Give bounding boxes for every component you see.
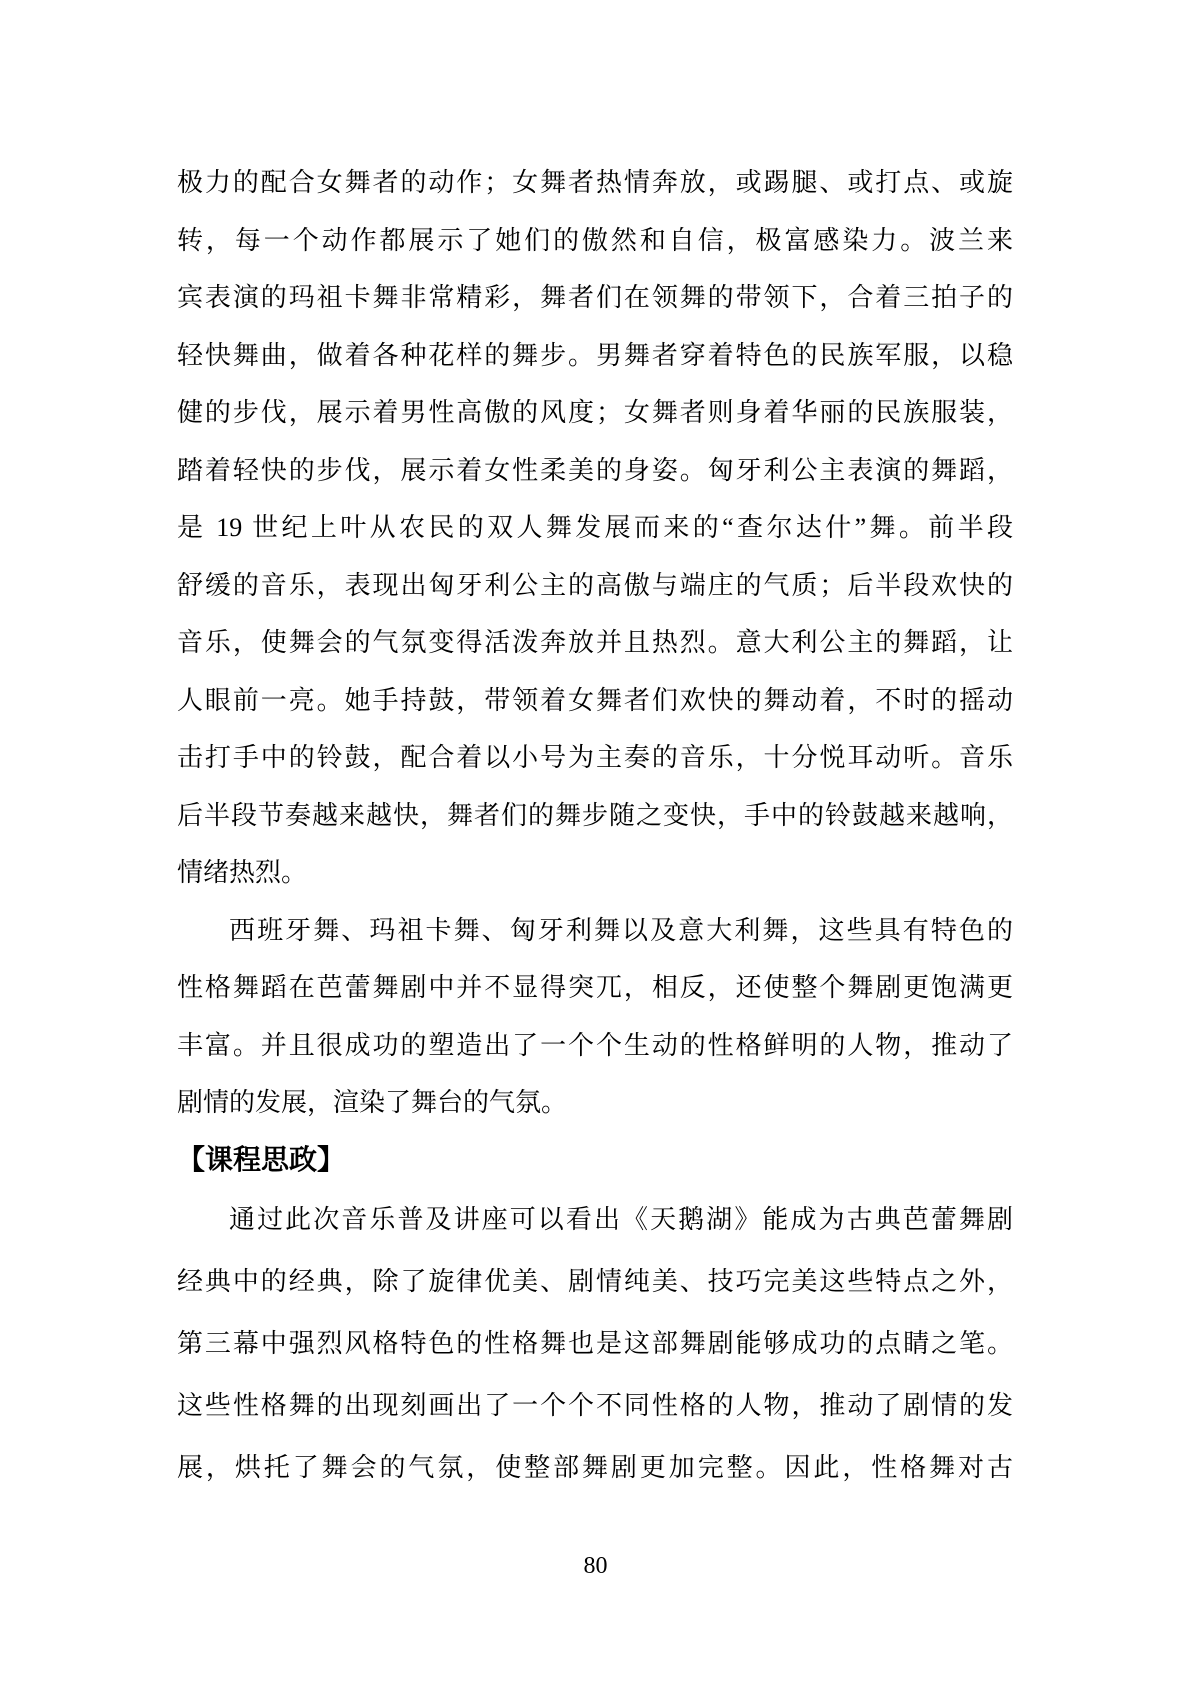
text-line: 西班牙舞、玛祖卡舞、匈牙利舞以及意大利舞，这些具有特色的 (177, 902, 1013, 960)
page-number: 80 (0, 1551, 1191, 1581)
body-paragraph: 西班牙舞、玛祖卡舞、匈牙利舞以及意大利舞，这些具有特色的性格舞蹈在芭蕾舞剧中并不… (177, 902, 1013, 1132)
section-heading-text: 【课程思政】 (177, 1132, 1013, 1190)
text-line: 性格舞蹈在芭蕾舞剧中并不显得突兀，相反，还使整个舞剧更饱满更 (177, 959, 1013, 1017)
text-line: 轻快舞曲，做着各种花样的舞步。男舞者穿着特色的民族军服，以稳 (177, 327, 1013, 385)
text-line: 第三幕中强烈风格特色的性格舞也是这部舞剧能够成功的点睛之笔。 (177, 1313, 1013, 1375)
text-line: 经典中的经典，除了旋律优美、剧情纯美、技巧完美这些特点之外， (177, 1251, 1013, 1313)
document-page: 极力的配合女舞者的动作；女舞者热情奔放，或踢腿、或打点、或旋转，每一个动作都展示… (0, 0, 1191, 1684)
text-line: 宾表演的玛祖卡舞非常精彩，舞者们在领舞的带领下，合着三拍子的 (177, 269, 1013, 327)
text-line: 后半段节奏越来越快，舞者们的舞步随之变快，手中的铃鼓越来越响， (177, 787, 1013, 845)
text-line: 舒缓的音乐，表现出匈牙利公主的高傲与端庄的气质；后半段欢快的 (177, 557, 1013, 615)
text-line: 剧情的发展，渲染了舞台的气氛。 (177, 1074, 1013, 1132)
text-line: 音乐，使舞会的气氛变得活泼奔放并且热烈。意大利公主的舞蹈，让 (177, 614, 1013, 672)
section-heading: 【课程思政】 (177, 1132, 1013, 1190)
text-line: 是 19 世纪上叶从农民的双人舞发展而来的“查尔达什”舞。前半段 (177, 499, 1013, 557)
text-line: 这些性格舞的出现刻画出了一个个不同性格的人物，推动了剧情的发 (177, 1375, 1013, 1437)
text-line: 踏着轻快的步伐，展示着女性柔美的身姿。匈牙利公主表演的舞蹈， (177, 442, 1013, 500)
text-line: 击打手中的铃鼓，配合着以小号为主奏的音乐，十分悦耳动听。音乐 (177, 729, 1013, 787)
text-line: 通过此次音乐普及讲座可以看出《天鹅湖》能成为古典芭蕾舞剧 (177, 1189, 1013, 1251)
body-paragraph: 通过此次音乐普及讲座可以看出《天鹅湖》能成为古典芭蕾舞剧经典中的经典，除了旋律优… (177, 1189, 1013, 1499)
text-line: 转，每一个动作都展示了她们的傲然和自信，极富感染力。波兰来 (177, 212, 1013, 270)
text-line: 极力的配合女舞者的动作；女舞者热情奔放，或踢腿、或打点、或旋 (177, 154, 1013, 212)
text-line: 人眼前一亮。她手持鼓，带领着女舞者们欢快的舞动着，不时的摇动 (177, 672, 1013, 730)
text-line: 情绪热烈。 (177, 844, 1013, 902)
text-line: 健的步伐，展示着男性高傲的风度；女舞者则身着华丽的民族服装， (177, 384, 1013, 442)
document-body: 极力的配合女舞者的动作；女舞者热情奔放，或踢腿、或打点、或旋转，每一个动作都展示… (177, 154, 1013, 1499)
text-line: 丰富。并且很成功的塑造出了一个个生动的性格鲜明的人物，推动了 (177, 1017, 1013, 1075)
body-paragraph: 极力的配合女舞者的动作；女舞者热情奔放，或踢腿、或打点、或旋转，每一个动作都展示… (177, 154, 1013, 902)
text-line: 展，烘托了舞会的气氛，使整部舞剧更加完整。因此，性格舞对古 (177, 1437, 1013, 1499)
